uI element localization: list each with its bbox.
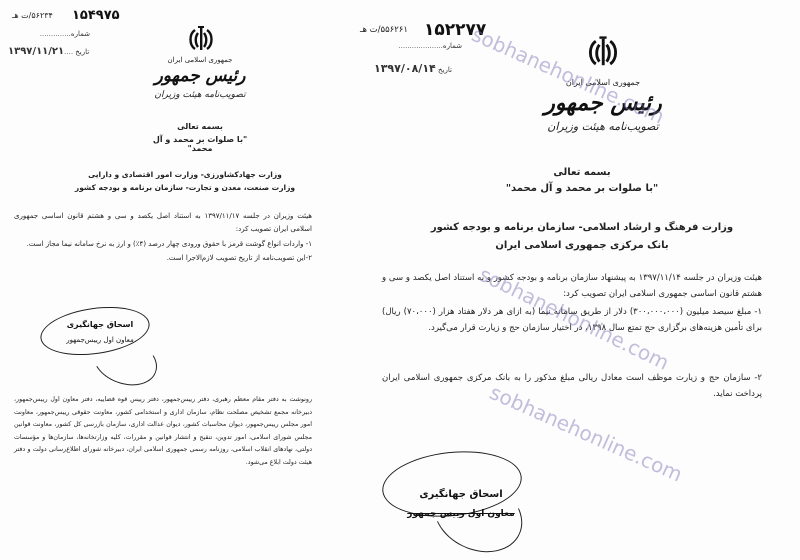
clause-1: ۱- مبلغ سیصد میلیون (۳۰۰،۰۰۰،۰۰۰) دلار ا… [382,304,762,336]
clause-2: ۲-این تصویب‌نامه از تاریخ تصویب لازم‌الا… [14,252,312,265]
clause-2: ۲- سازمان حج و زیارت موظف است معادل ریال… [382,370,762,402]
decree-intro: هیئت وزیران در جلسه ۱۳۹۷/۱۱/۱۷ به استناد… [14,210,312,236]
iran-emblem-icon [583,34,623,73]
header-caption: تصویب‌نامه هیئت وزیران [538,120,668,133]
signatory-title: معاون اول رییس‌جمهور [45,336,155,344]
header-title: رئیس جمهور [150,66,250,86]
left-decree-document: ۱۵۴۹۷۵ ۵۶۲۳۴/ت هـ شماره.............. ۱۳… [0,0,312,560]
reference-number: ۵۵۶۲۶۱/ت هـ [360,25,408,35]
decree-intro: هیئت وزیران در جلسه ۱۳۹۷/۱۱/۱۴ به پیشنها… [382,270,762,302]
serial-number: ۱۵۴۹۷۵ [72,8,120,23]
date-value: ۱۳۹۷/۱۱/۲۱ [8,46,64,57]
recipient-line-2: وزارت صنعت، معدن و تجارت- سازمان برنامه … [60,183,310,192]
signatory-name: اسحاق جهانگیری [45,320,155,329]
number-label: شماره [71,30,90,38]
header-title: رئیس جمهور [538,90,668,116]
iran-emblem-icon [183,24,219,57]
header-country: جمهوری اسلامی ایران [548,78,658,87]
number-label: شماره [443,42,462,50]
right-decree-document: ۱۵۲۲۷۷ ۵۵۶۲۶۱/ت هـ شماره................… [312,0,800,560]
salawat: "با صلوات بر محمد و آل محمد" [482,183,682,194]
basmala: بسمه تعالی [140,122,260,131]
recipient-line-2: بانک مرکزی جمهوری اسلامی ایران [402,240,762,251]
salawat: "با صلوات بر محمد و آل محمد" [140,135,260,153]
date-label: تاریخ [75,48,89,56]
number-field: شماره.............. [28,30,90,38]
date-label: تاریخ [438,66,452,74]
header-country: جمهوری اسلامی ایران [150,56,250,64]
signatory-title: معاون اول رییس جمهور [396,509,526,519]
recipient-line-1: وزارت جهادکشاورزی- وزارت امور اقتصادی و … [60,170,310,179]
basmala: بسمه تعالی [512,167,652,178]
serial-number: ۱۵۲۲۷۷ [424,20,486,40]
header-caption: تصویب‌نامه هیئت وزیران [150,90,250,100]
carbon-copy-list: رونوشت به دفتر مقام معظم رهبری، دفتر ریی… [14,394,312,469]
date-field: ۱۳۹۷/۱۱/۲۱.... تاریخ [8,46,98,57]
clause-1: ۱- واردات انواع گوشت قرمز با حقوق ورودی … [14,238,312,251]
recipient-line-1: وزارت فرهنگ و ارشاد اسلامی- سازمان برنام… [402,222,762,233]
date-value: ۱۳۹۷/۰۸/۱۴ [374,62,436,75]
reference-number: ۵۶۲۳۴/ت هـ [12,11,53,20]
signatory-name: اسحاق جهانگیری [406,489,516,500]
date-field: ۱۳۹۷/۰۸/۱۴ تاریخ [374,62,464,75]
number-field: شماره.................... [374,42,462,50]
